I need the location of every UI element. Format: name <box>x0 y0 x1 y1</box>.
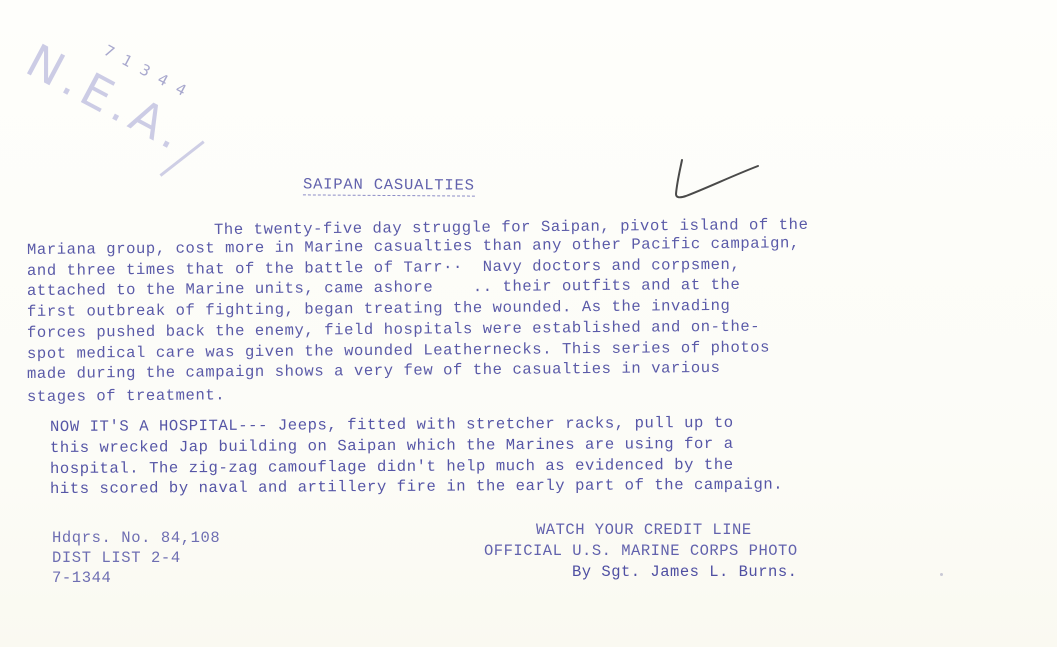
paper-speck <box>940 573 943 576</box>
reference-block: Hdqrs. No. 84,108 DIST LIST 2-4 7-1344 <box>52 528 220 588</box>
check-mark-icon <box>672 158 762 208</box>
credit-notice: WATCH YOUR CREDIT LINE <box>484 520 904 541</box>
credit-photographer: By Sgt. James L. Burns. <box>484 562 904 583</box>
credit-source: OFFICIAL U.S. MARINE CORPS PHOTO <box>484 541 904 562</box>
text-line: stages of treatment. <box>27 388 225 405</box>
reference-code: 7-1344 <box>52 568 220 588</box>
document-title: SAIPAN CASUALTIES <box>303 175 475 196</box>
distribution-list: DIST LIST 2-4 <box>52 548 220 568</box>
headquarters-number: Hdqrs. No. 84,108 <box>52 528 220 548</box>
credit-block: WATCH YOUR CREDIT LINE OFFICIAL U.S. MAR… <box>484 520 904 583</box>
